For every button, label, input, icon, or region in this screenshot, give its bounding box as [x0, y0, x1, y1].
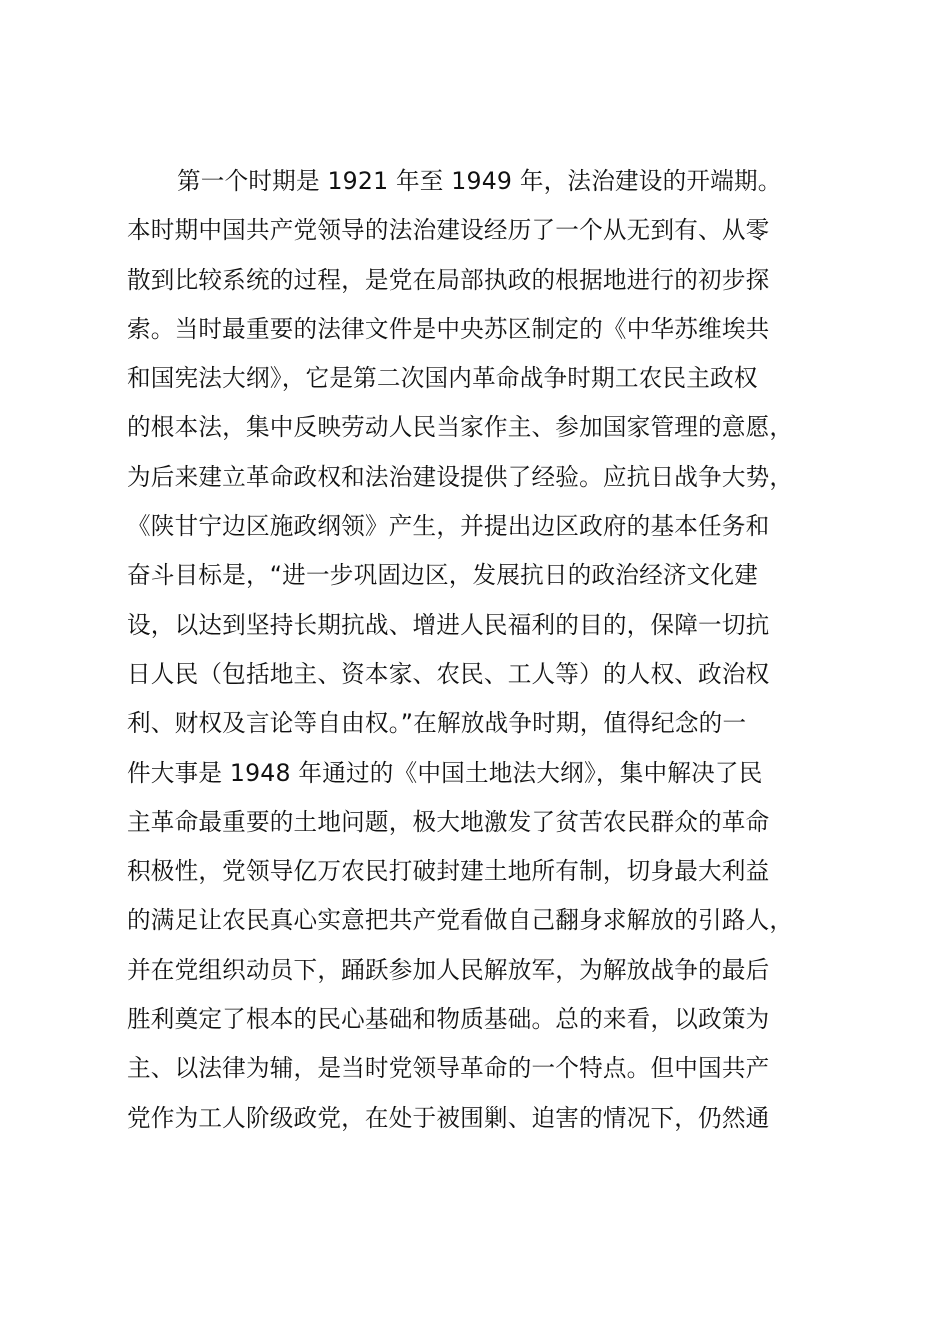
paragraph-line: 主革命最重要的土地问题，极大地激发了贫苦农民群众的革命	[127, 798, 867, 847]
paragraph-line: 的根本法，集中反映劳动人民当家作主、参加国家管理的意愿，	[127, 403, 867, 452]
paragraph-line: 并在党组织动员下，踊跃参加人民解放军，为解放战争的最后	[127, 946, 867, 995]
paragraph-line: 和国宪法大纲》，它是第二次国内革命战争时期工农民主政权	[127, 354, 867, 403]
paragraph-line: 主、以法律为辅，是当时党领导革命的一个特点。但中国共产	[127, 1044, 867, 1093]
paragraph-line: 为后来建立革命政权和法治建设提供了经验。应抗日战争大势，	[127, 453, 867, 502]
paragraph-line: 设，以达到坚持长期抗战、增进人民福利的目的，保障一切抗	[127, 601, 867, 650]
paragraph-line: 件大事是 1948 年通过的《中国土地法大纲》，集中解决了民	[127, 749, 867, 798]
paragraph-line: 第一个时期是 1921 年至 1949 年，法治建设的开端期。	[127, 157, 867, 206]
paragraph-line: 胜利奠定了根本的民心基础和物质基础。总的来看，以政策为	[127, 995, 867, 1044]
paragraph-line: 党作为工人阶级政党，在处于被围剿、迫害的情况下，仍然通	[127, 1094, 867, 1143]
paragraph-line: 日人民（包括地主、资本家、农民、工人等）的人权、政治权	[127, 650, 867, 699]
paragraph-line: 索。当时最重要的法律文件是中央苏区制定的《中华苏维埃共	[127, 305, 867, 354]
paragraph-line: 奋斗目标是，“进一步巩固边区，发展抗日的政治经济文化建	[127, 551, 867, 600]
paragraph-line: 《陕甘宁边区施政纲领》产生，并提出边区政府的基本任务和	[127, 502, 867, 551]
paragraph-line: 积极性，党领导亿万农民打破封建土地所有制，切身最大利益	[127, 847, 867, 896]
paragraph-line: 本时期中国共产党领导的法治建设经历了一个从无到有、从零	[127, 206, 867, 255]
paragraph-line: 利、财权及言论等自由权。”在解放战争时期，值得纪念的一	[127, 699, 867, 748]
paragraph-line: 的满足让农民真心实意把共产党看做自己翻身求解放的引路人，	[127, 896, 867, 945]
paragraph-line: 散到比较系统的过程，是党在局部执政的根据地进行的初步探	[127, 256, 867, 305]
body-paragraph: 第一个时期是 1921 年至 1949 年，法治建设的开端期。 本时期中国共产党…	[127, 157, 867, 1143]
document-page: 第一个时期是 1921 年至 1949 年，法治建设的开端期。 本时期中国共产党…	[0, 0, 950, 1344]
